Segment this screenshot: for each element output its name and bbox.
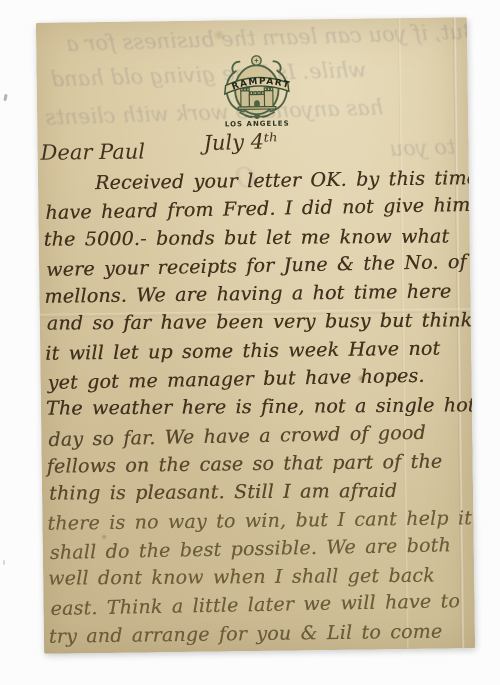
letterhead-location: LOS ANGELES bbox=[219, 119, 295, 128]
letter-date: July 4ᵗʰ bbox=[203, 129, 279, 155]
bleedthrough-line: while. Is June giving old hand bbox=[50, 58, 366, 92]
handwritten-line: thing is pleasant. Still I am afraid bbox=[49, 477, 470, 509]
bleedthrough-line: has anyone to work with clients bbox=[45, 95, 384, 129]
rampart-castle-crest-icon: RAMPART bbox=[218, 53, 295, 120]
letterhead: RAMPART LOS ANGELES bbox=[218, 53, 295, 124]
foxing-stain bbox=[212, 30, 226, 39]
letter-body: Received your letter OK. by this time yo… bbox=[43, 164, 472, 651]
bleedthrough-line: But, if you can learn the business for a bbox=[66, 19, 475, 56]
handwritten-line: and so far have been very busy but think bbox=[47, 307, 468, 339]
letter-paper: But, if you can learn the business for a… bbox=[36, 17, 475, 654]
scanner-speck bbox=[3, 560, 5, 565]
bleedthrough-line: to you bbox=[389, 135, 455, 161]
scanner-speck bbox=[3, 94, 7, 101]
scanned-letter-page: But, if you can learn the business for a… bbox=[0, 0, 500, 685]
salutation: Dear Paul bbox=[40, 139, 145, 164]
